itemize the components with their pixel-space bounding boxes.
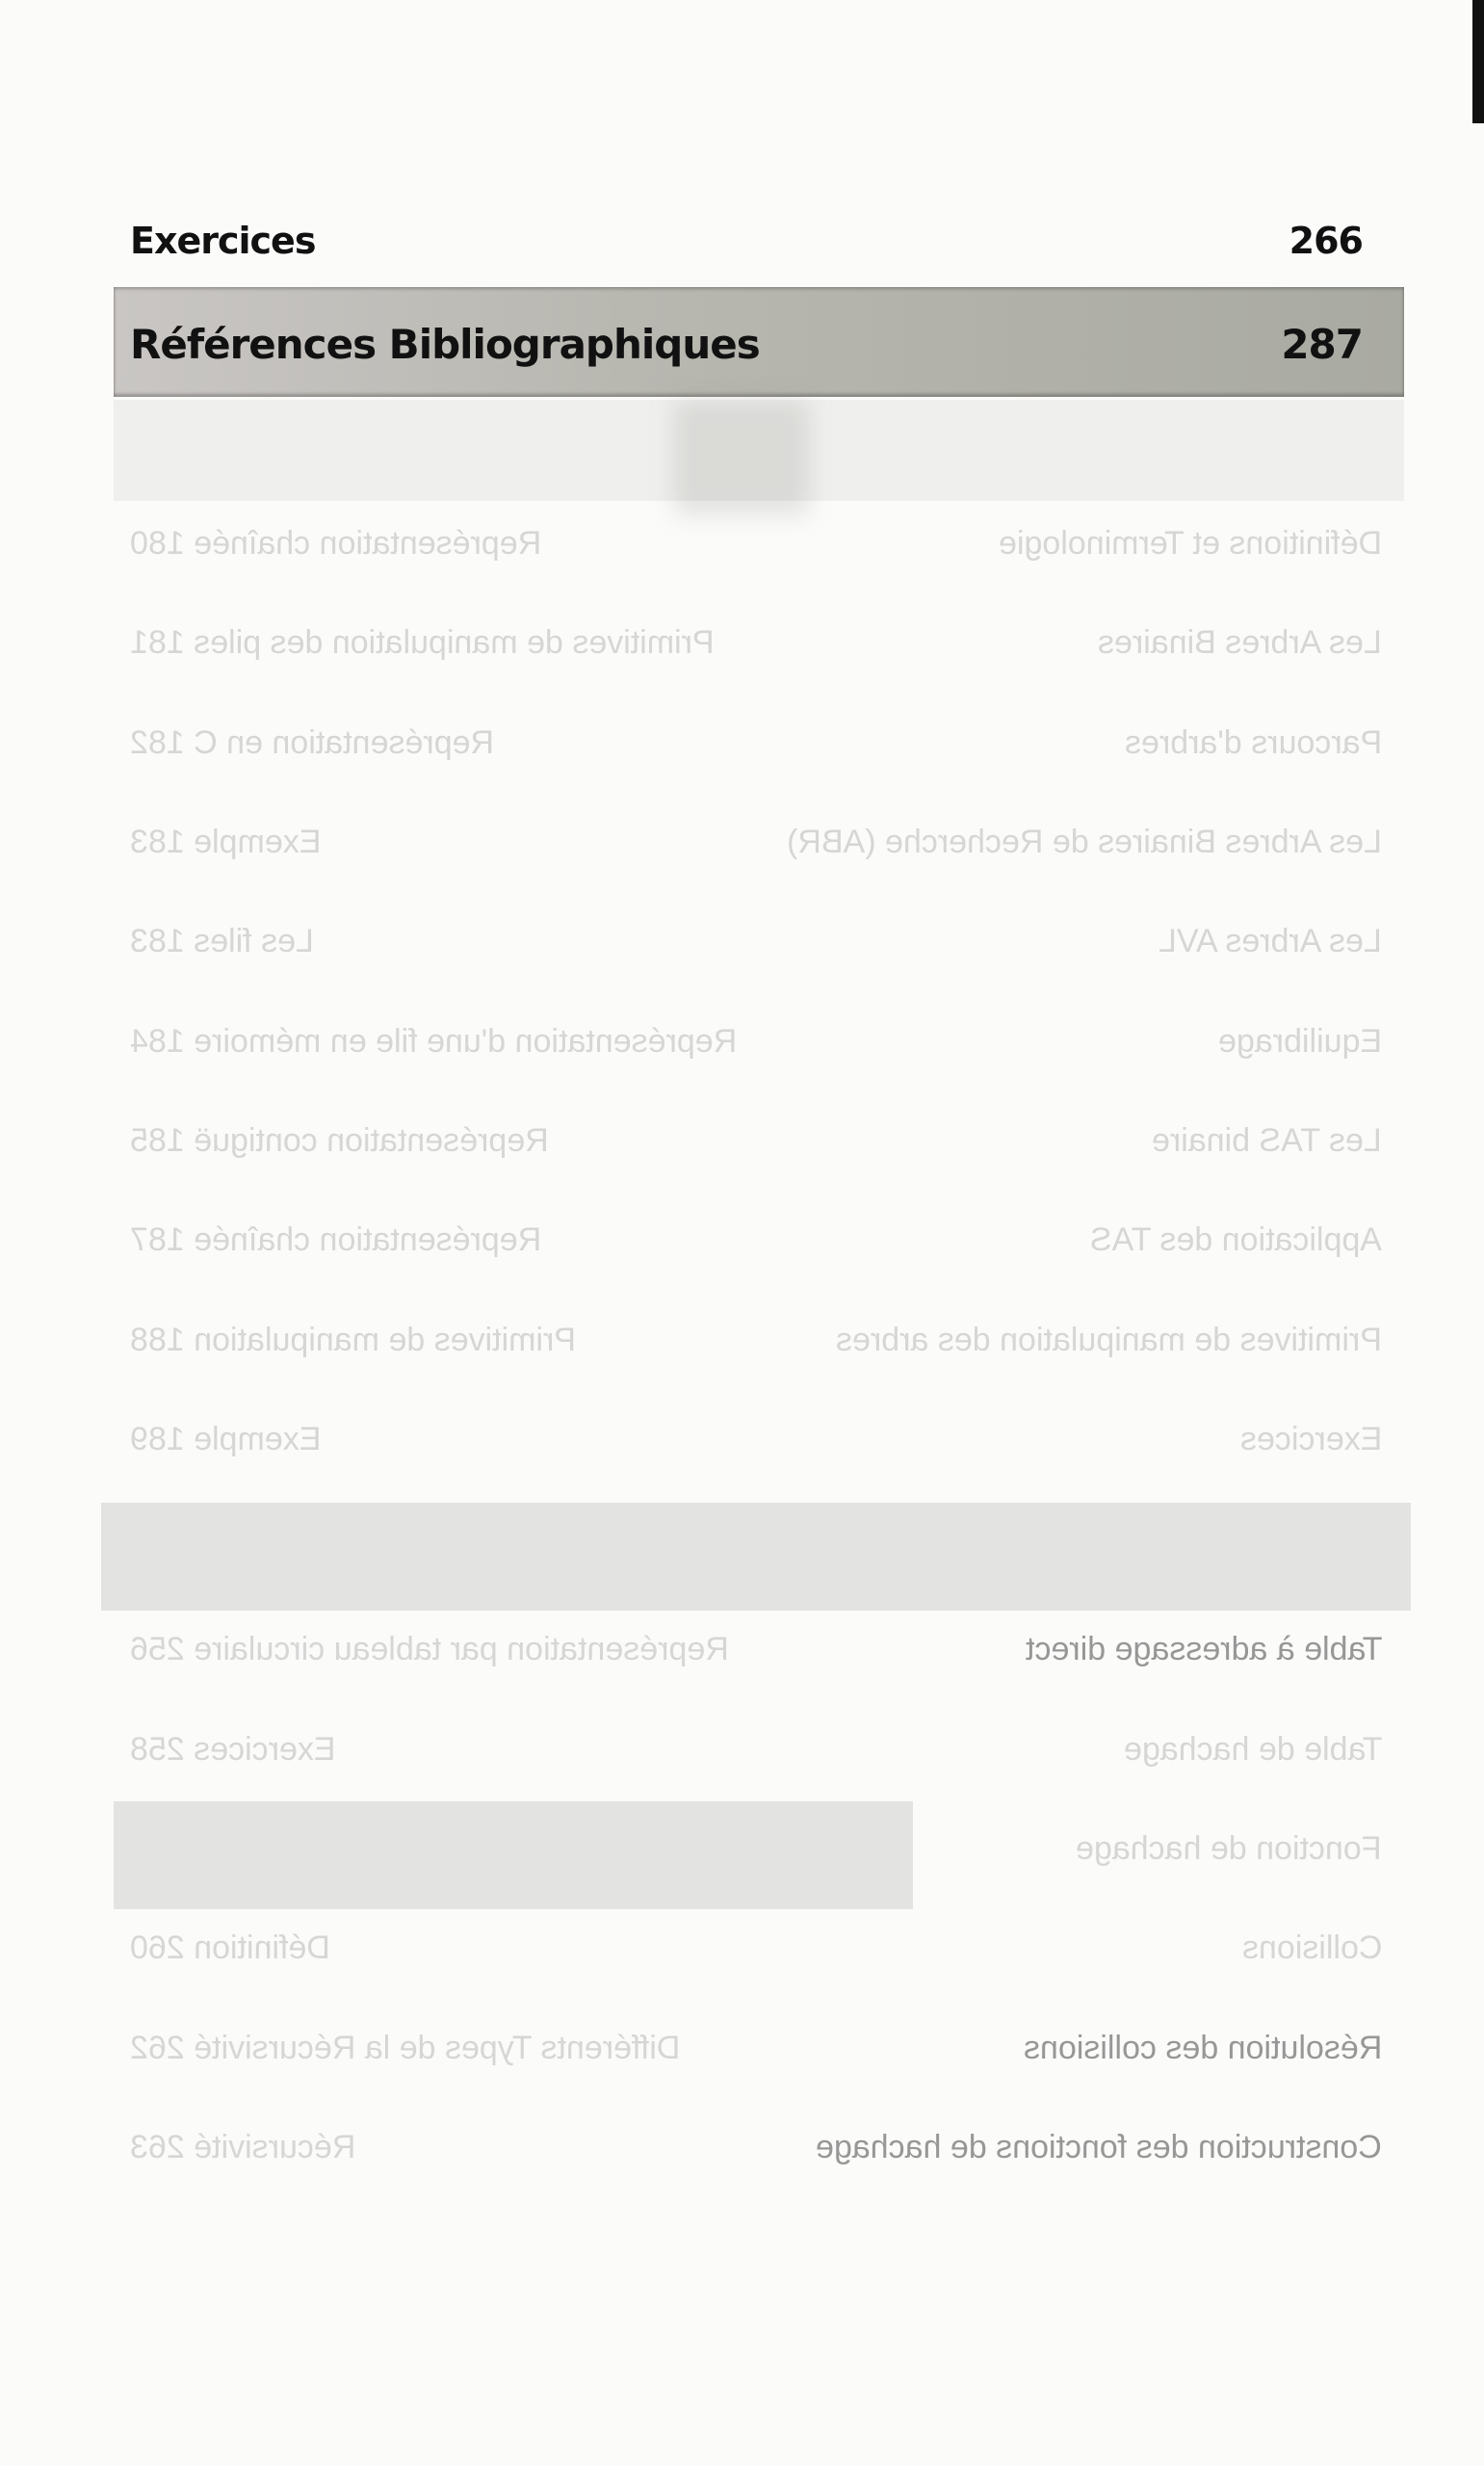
show-through-text-right: Parcours d'arbres (1125, 724, 1382, 762)
show-through-row: Primitives de manipulation des piles 181… (130, 624, 1382, 672)
show-through-text-right: Exercices (1240, 1421, 1382, 1458)
show-through-text-right: Résolution des collisions (1024, 2030, 1382, 2067)
show-through-text-left: Représentation chaînée 180 (130, 525, 541, 563)
fold-shadow (674, 400, 809, 515)
show-through-text-left: Représentation par tableau circulaire 25… (130, 1631, 729, 1668)
show-through-text-right: Equilibrage (1218, 1023, 1382, 1061)
show-through-text-left: Les files 183 (130, 923, 314, 960)
show-through-row: Définition 260Collisions (130, 1929, 1382, 1978)
show-through-text-right: Les Arbres Binaires (1098, 624, 1382, 662)
show-through-row: Exercices 258Table de hachage (130, 1731, 1382, 1779)
show-through-text-left: Exemple 189 (130, 1421, 321, 1458)
show-through-text-right: Primitives de manipulation des arbres (836, 1322, 1382, 1359)
page-edge-shadow (1472, 0, 1484, 123)
show-through-row: Exemple 183Les Arbres Binaires de Recher… (130, 824, 1382, 872)
show-through-text-left: Primitives de manipulation des piles 181 (130, 624, 715, 662)
show-through-text-right: Les Arbres AVL (1159, 923, 1382, 960)
show-through-text-right: Les Arbres Binaires de Recherche (ABR) (787, 824, 1382, 861)
toc-entry-title: Références Bibliographiques (130, 321, 760, 368)
show-through-text-right: Construction des fonctions de hachage (816, 2129, 1382, 2166)
show-through-text-left: Exercices 258 (130, 1731, 336, 1769)
show-through-row: Représentation d'une file en mémoire 184… (130, 1023, 1382, 1071)
show-through-row: Représentation en C 182Parcours d'arbres (130, 724, 1382, 773)
show-through-text-right: Fonction de hachage (1076, 1830, 1382, 1868)
show-through-row: Primitives de manipulation 188Primitives… (130, 1322, 1382, 1370)
show-through-text-right: Table de hachage (1124, 1731, 1382, 1769)
show-through-band (101, 1503, 1411, 1611)
toc-entry-exercices[interactable]: Exercices 266 (130, 220, 1363, 262)
show-through-text-left: Exemple 183 (130, 824, 321, 861)
toc-entry-title: Exercices (130, 220, 315, 262)
show-through-row: Représentation chaînée 187Application de… (130, 1221, 1382, 1270)
show-through-text-right: Les TAS binaire (1152, 1122, 1382, 1160)
show-through-row: Représentation chaînée 180Définitions et… (130, 525, 1382, 573)
show-through-row: Représentation contiguë 185Les TAS binai… (130, 1122, 1382, 1170)
show-through-text-left: Représentation chaînée 187 (130, 1221, 541, 1259)
show-through-row: Récursivité 263Construction des fonction… (130, 2129, 1382, 2177)
show-through-text-right: Collisions (1242, 1929, 1383, 1967)
show-through-text-right: Définitions et Terminologie (999, 525, 1382, 563)
show-through-row: Représentation par tableau circulaire 25… (130, 1631, 1382, 1679)
show-through-text-left: Définition 260 (130, 1929, 330, 1967)
show-through-text-right: Application des TAS (1090, 1221, 1382, 1259)
show-through-row: Différents Types de la Récursivité 262Ré… (130, 2030, 1382, 2078)
toc-entry-page: 287 (1281, 321, 1363, 368)
show-through-text-left: Représentation en C 182 (130, 724, 494, 762)
show-through-text-left: Représentation d'une file en mémoire 184 (130, 1023, 737, 1061)
show-through-text-left: Récursivité 263 (130, 2129, 355, 2166)
show-through-text-left: Représentation contiguë 185 (130, 1122, 549, 1160)
show-through-text-left: Primitives de manipulation 188 (130, 1322, 576, 1359)
show-through-row: Fonction de hachage (130, 1830, 1382, 1878)
show-through-row: Les files 183Les Arbres AVL (130, 923, 1382, 971)
show-through-text-left: Différents Types de la Récursivité 262 (130, 2030, 680, 2067)
toc-entry-page: 266 (1289, 220, 1363, 262)
show-through-text-right: Table à adressage direct (1026, 1631, 1382, 1668)
show-through-row: Exemple 189Exercices (130, 1421, 1382, 1469)
toc-entry-references[interactable]: Références Bibliographiques 287 (130, 321, 1363, 368)
